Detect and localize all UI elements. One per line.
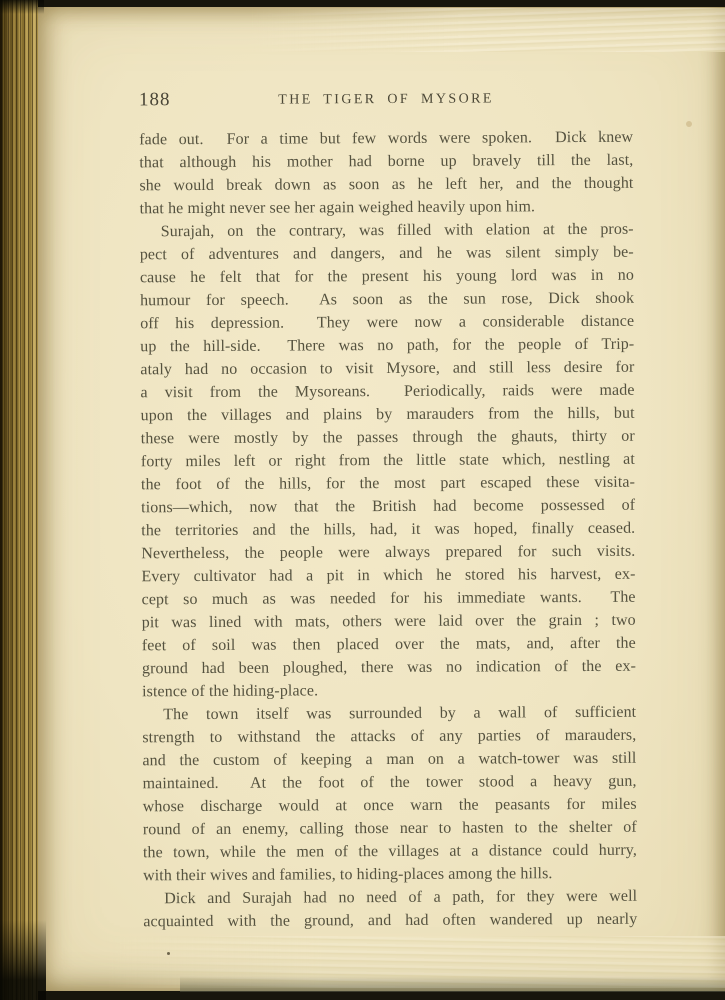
text-line: Every cultivator had a pit in which he s… — [141, 563, 635, 589]
text-line: she would break down as soon as he left … — [139, 172, 633, 198]
text-line: with their wives and families, to hiding… — [143, 862, 637, 888]
text-line: The town itself was surrounded by a wall… — [142, 701, 636, 727]
text-line: cause he felt that for the present his y… — [140, 264, 634, 290]
text-line: a visit from the Mysoreans. Periodically… — [140, 379, 634, 405]
text-line: Surajah, on the contrary, was filled wit… — [140, 218, 634, 244]
text-line: upon the villages and plains by marauder… — [141, 402, 635, 428]
text-line: these were mostly by the passes through … — [141, 425, 635, 451]
text-line: strength to withstand the attacks of any… — [142, 724, 636, 750]
text-line: the town, while the men of the villages … — [143, 839, 637, 865]
text-line: off his depression. They were now a cons… — [140, 310, 634, 336]
text-line: Dick and Surajah had no need of a path, … — [143, 885, 637, 911]
text-line: forty miles left or right from the littl… — [141, 448, 635, 474]
text-line: tions—which, now that the British had be… — [141, 494, 635, 520]
text-line: the territories and the hills, had, it w… — [141, 517, 635, 543]
text-line: cept so much as was needed for his immed… — [142, 586, 636, 612]
printed-content: 188 THE TIGER OF MYSORE fade out. For a … — [0, 0, 725, 1000]
running-title: THE TIGER OF MYSORE — [139, 91, 633, 110]
text-line: pit was lined with mats, others were lai… — [142, 609, 636, 635]
book-scan: 188 THE TIGER OF MYSORE fade out. For a … — [0, 0, 725, 1000]
text-line: the foot of the hills, for the most part… — [141, 471, 635, 497]
text-line: that although his mother had borne up br… — [139, 149, 633, 175]
text-line: and the custom of keeping a man on a wat… — [142, 747, 636, 773]
text-line: pect of adventures and dangers, and he w… — [140, 241, 634, 267]
text-line: humour for speech. As soon as the sun ro… — [140, 287, 634, 313]
text-line: ground had been ploughed, there was no i… — [142, 655, 636, 681]
body-text: fade out. For a time but few words were … — [139, 126, 637, 934]
text-line: maintained. At the foot of the tower sto… — [143, 770, 637, 796]
dust-speck — [167, 952, 170, 955]
text-line: fade out. For a time but few words were … — [139, 126, 633, 152]
text-line: Nevertheless, the people were always pre… — [141, 540, 635, 566]
text-line: acquainted with the ground, and had ofte… — [143, 908, 637, 934]
text-line: that he might never see her again weighe… — [140, 195, 634, 221]
text-line: feet of soil was then placed over the ma… — [142, 632, 636, 658]
text-line: round of an enemy, calling those near to… — [143, 816, 637, 842]
text-line: istence of the hiding-place. — [142, 678, 636, 704]
text-line: whose discharge would at once warn the p… — [143, 793, 637, 819]
text-line: up the hill-side. There was no path, for… — [140, 333, 634, 359]
page-header: 188 THE TIGER OF MYSORE — [139, 87, 633, 114]
paper-blemish — [686, 121, 692, 127]
text-line: ataly had no occasion to visit Mysore, a… — [140, 356, 634, 382]
